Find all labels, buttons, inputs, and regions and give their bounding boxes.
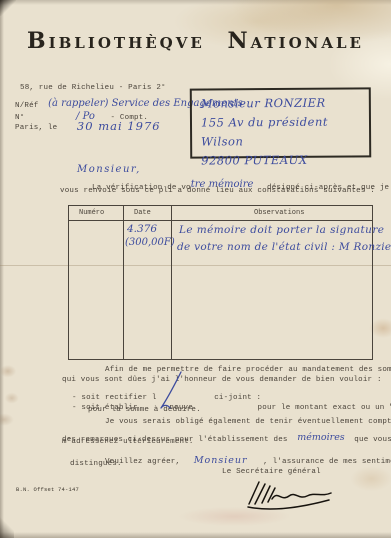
signature-scribble-icon bbox=[245, 478, 337, 512]
body-p2-line2-typed-end: que vous bbox=[354, 436, 391, 444]
closing-monsieur-handwritten: Monsieur bbox=[194, 455, 248, 466]
intro-line-2: vous renvoie sous ce pli a donné lieu au… bbox=[60, 187, 375, 195]
table-column-divider bbox=[123, 206, 124, 359]
salutation: Monsieur, bbox=[77, 164, 141, 175]
scan-corner-shadow-bottom bbox=[0, 516, 14, 538]
date-line: Paris, le 30 mai 1976 bbox=[15, 116, 161, 134]
letterhead-address: 58, rue de Richelieu - Paris 2° bbox=[20, 84, 166, 92]
scanned-letter: Bibliothèqve Nationale 58, rue de Richel… bbox=[0, 0, 391, 538]
row-amount-value: (300,00F) bbox=[125, 237, 175, 248]
row-observation-line-1: Le mémoire doit porter la signature bbox=[179, 224, 384, 236]
table-header-date: Date bbox=[134, 209, 151, 217]
observations-table: Numéro Date Observations 4.376 (300,00F)… bbox=[68, 205, 373, 360]
letterhead-title: Bibliothèqve Nationale bbox=[0, 28, 391, 54]
recipient-address-box: Monsieur RONZIER 155 Av du président Wil… bbox=[190, 87, 371, 158]
scan-corner-shadow bbox=[0, 0, 16, 16]
place-label: Paris, le bbox=[15, 124, 57, 132]
option-etablir-suffix: pour le montant exact ou un "Avoir" bbox=[258, 404, 391, 412]
row-observation-line-2: de votre nom de l'état civil : M Ronzier… bbox=[177, 241, 391, 253]
table-header-divider bbox=[69, 220, 372, 221]
pen-stroke-icon bbox=[158, 370, 184, 412]
recipient-name: Monsieur RONZIER bbox=[201, 93, 369, 113]
print-imprint: B.N. Offset 74-147 bbox=[16, 486, 79, 493]
body-p1-line2: qui vous sont dûes j'ai l'honneur de vou… bbox=[62, 376, 382, 384]
body-p2-line1: Je vous serais obligé également de tenir… bbox=[105, 418, 391, 426]
table-column-divider bbox=[171, 206, 172, 359]
body-p2-line3: m'adresserez ultérieurement. bbox=[62, 438, 194, 446]
date-handwritten: 30 mai 1976 bbox=[77, 119, 161, 133]
signoff-title: Le Secrétaire général bbox=[222, 468, 321, 476]
recipient-city: 92800 PUTEAUX bbox=[201, 150, 369, 170]
closing-line: Veuillez agréer, Monsieur , l'assurance … bbox=[105, 450, 391, 468]
memoires-handwritten: mémoires bbox=[297, 432, 344, 443]
row-date-value: 4.376 bbox=[127, 223, 157, 235]
recipient-street: 155 Av du président Wilson bbox=[201, 112, 369, 151]
closing-typed-2: , l'assurance de mes sentiments bbox=[263, 458, 391, 466]
table-header-observations: Observations bbox=[254, 209, 304, 217]
body-p1-line1: Afin de me permettre de faire procéder a… bbox=[105, 366, 391, 374]
table-header-numero: Numéro bbox=[79, 209, 104, 217]
closing-distingues: distingués. bbox=[70, 460, 122, 468]
